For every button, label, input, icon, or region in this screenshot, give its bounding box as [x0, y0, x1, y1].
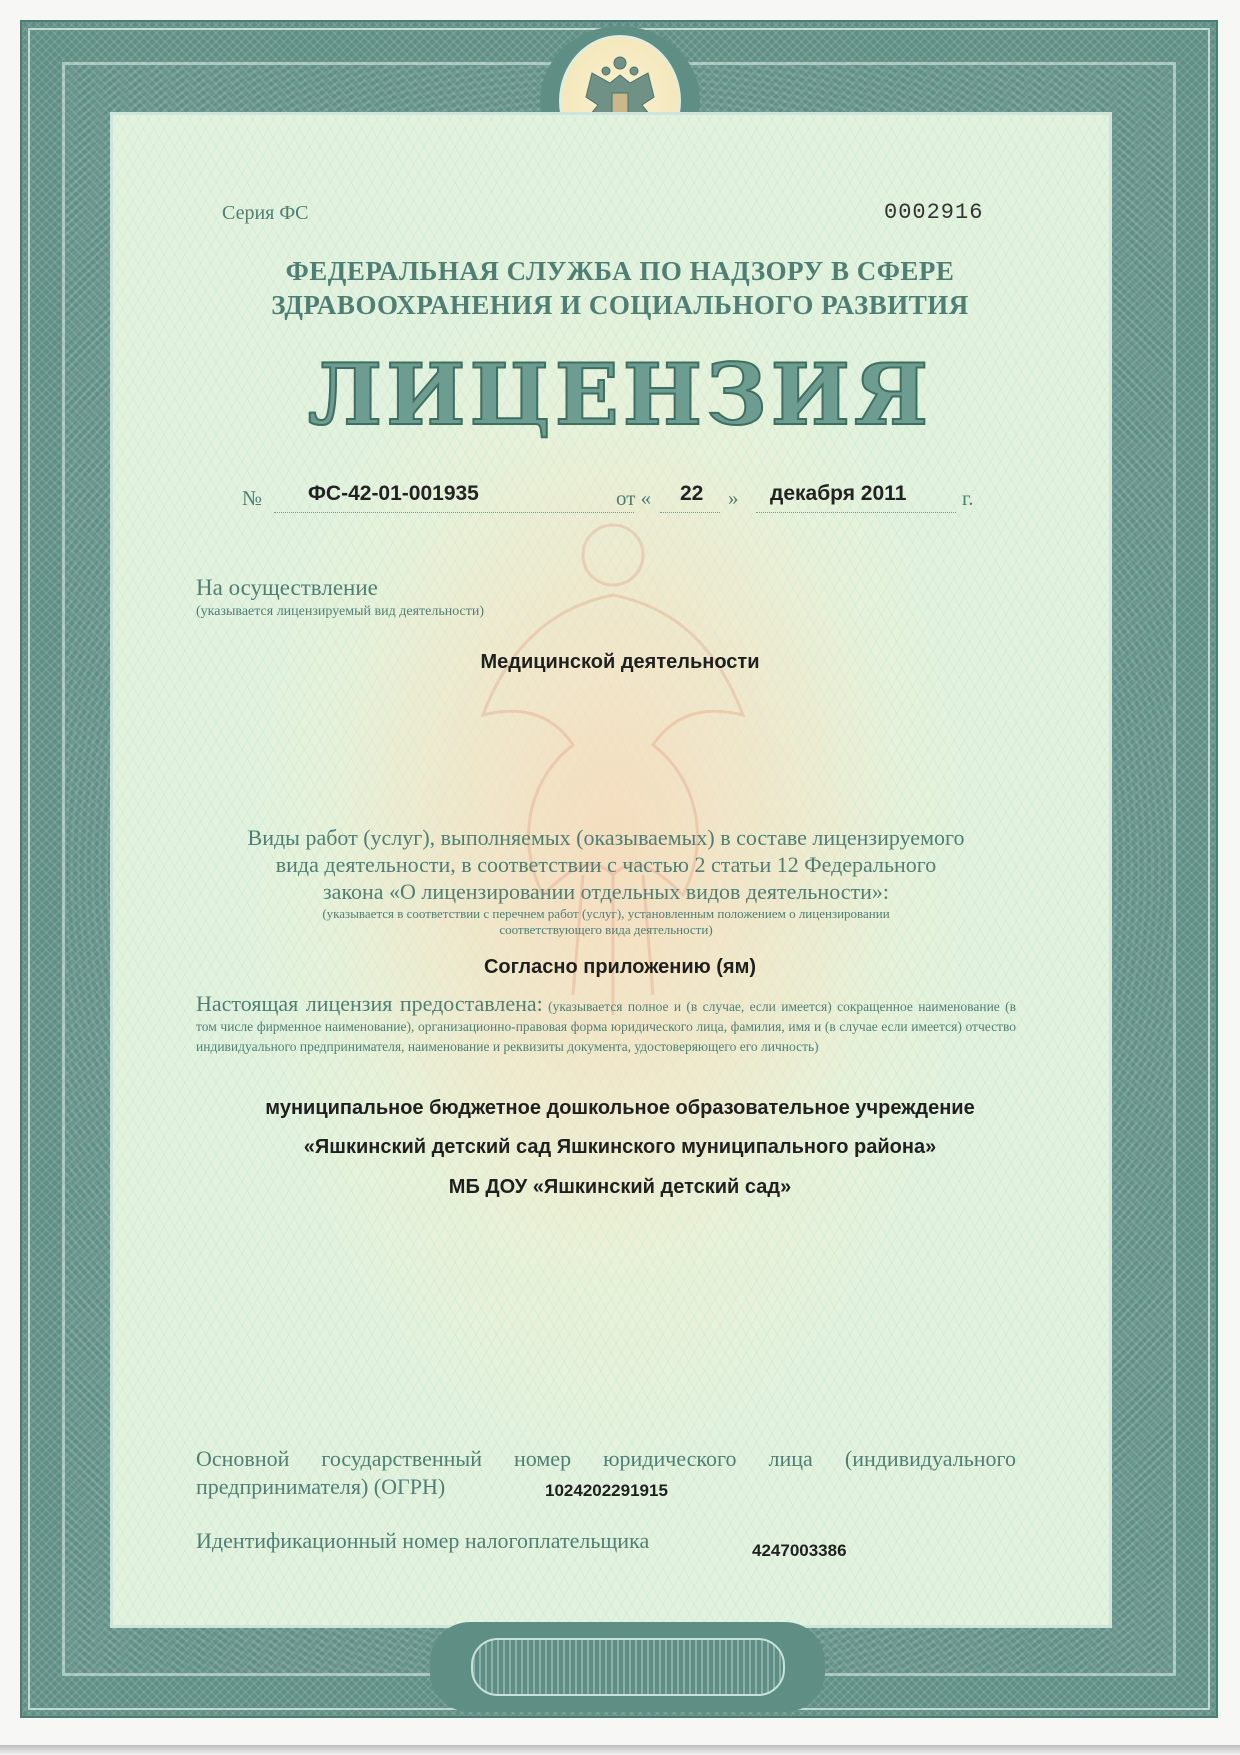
agency-name-line2: ЗДРАВООХРАНЕНИЯ И СОЦИАЛЬНОГО РАЗВИТИЯ	[130, 290, 1110, 321]
agency-name-line1: ФЕДЕРАЛЬНАЯ СЛУЖБА ПО НАДЗОРУ В СФЕРЕ	[130, 256, 1110, 287]
license-month-year: декабря 2011	[770, 482, 906, 506]
works-hint: (указывается в соответствии с перечнем р…	[196, 906, 1016, 938]
works-hint-line1: (указывается в соответствии с перечнем р…	[196, 906, 1016, 922]
inn-value: 4247003386	[752, 1541, 847, 1561]
activity-hint: (указывается лицензируемый вид деятельно…	[196, 604, 484, 620]
ogrn-label-line2: предпринимателя) (ОГРН)	[196, 1474, 445, 1500]
grantee-section: Настоящая лицензия предоставлена: (указы…	[196, 994, 1016, 1057]
number-sign: №	[242, 486, 262, 511]
year-suffix: г.	[962, 486, 974, 511]
activity-value: Медицинской деятельности	[130, 651, 1110, 674]
license-number-line: № ФС-42-01-001935 от « 22 » декабря 2011…	[240, 480, 980, 514]
day-close-quote: »	[728, 486, 739, 511]
license-day: 22	[680, 482, 703, 506]
grantee-name-line2: «Яшкинский детский сад Яшкинского муници…	[130, 1136, 1110, 1159]
inn-label: Идентификационный номер налогоплательщик…	[196, 1528, 649, 1554]
works-line2: вида деятельности, в соответствии с част…	[196, 851, 1016, 878]
license-number: ФС-42-01-001935	[308, 482, 479, 506]
ogrn-label-line1: Основной государственный номер юридическ…	[196, 1445, 1016, 1473]
activity-label: На осуществление	[196, 575, 378, 601]
series-label: Серия ФС	[222, 202, 309, 225]
works-value: Согласно приложению (ям)	[130, 956, 1110, 979]
series-number: 0002916	[884, 200, 983, 225]
from-label: от «	[616, 486, 651, 511]
bottom-cartouche-ornament	[430, 1622, 825, 1712]
works-line1: Виды работ (услуг), выполняемых (оказыва…	[196, 824, 1016, 851]
works-hint-line2: соответствующего вида деятельности)	[196, 922, 1016, 938]
grantee-name-line1: муниципальное бюджетное дошкольное образ…	[130, 1097, 1110, 1120]
page-edge-shadow	[0, 1745, 1240, 1755]
works-text: Виды работ (услуг), выполняемых (оказыва…	[196, 824, 1016, 905]
grantee-short-name: МБ ДОУ «Яшкинский детский сад»	[130, 1176, 1110, 1199]
ogrn-value: 1024202291915	[545, 1481, 668, 1501]
document-title: ЛИЦЕНЗИЯ	[130, 345, 1110, 444]
grantee-label: Настоящая лицензия предоставлена:	[196, 991, 543, 1016]
works-line3: закона «О лицензировании отдельных видов…	[196, 878, 1016, 905]
